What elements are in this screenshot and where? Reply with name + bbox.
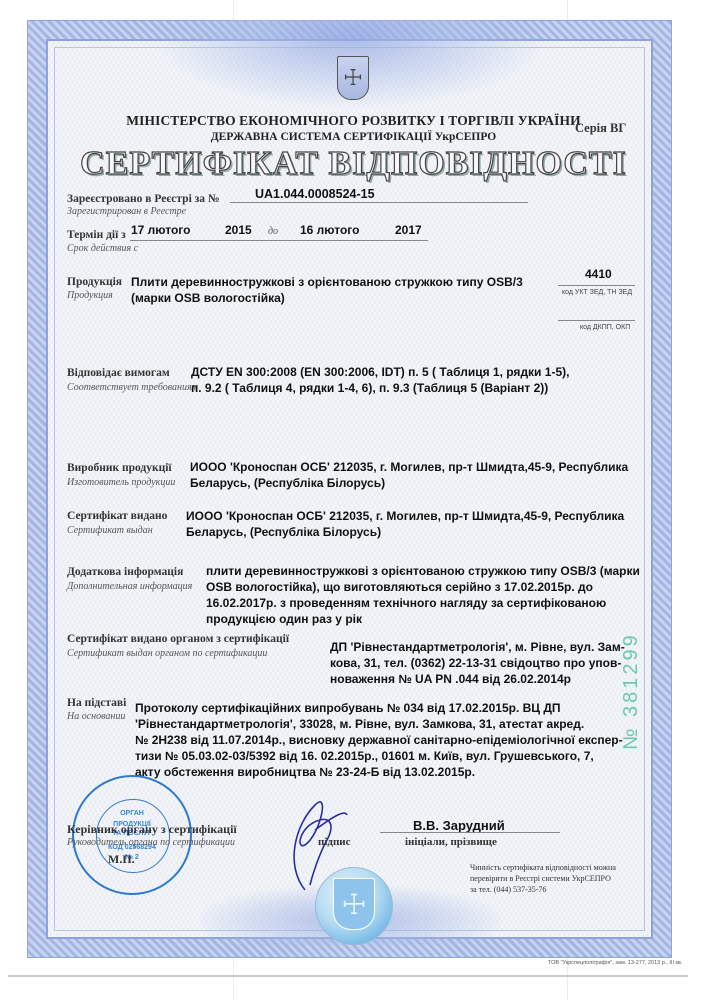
additional-line-3: 16.02.2017р. з проведенням технічного на…	[206, 595, 606, 611]
trident-icon: ☩	[337, 56, 369, 100]
validity-label-ru: Срок действия с	[67, 243, 138, 254]
issued-to-label: Сертифікат видано	[67, 510, 167, 522]
code-dkpp-label: код ДКПП, ОКП	[580, 324, 630, 331]
additional-label-ru: Дополнительная информация	[67, 581, 192, 592]
conformity-line-2: п. 9.2 ( Таблиця 4, рядки 1-4, 6), п. 9.…	[191, 380, 548, 396]
series-label: Серія ВГ	[575, 121, 626, 136]
additional-line-4: продукцією один раз у рік	[206, 611, 362, 627]
additional-line-1: плити деревинностружкові з орієнтованою …	[206, 563, 640, 579]
trident-icon: ☩	[333, 878, 375, 930]
serial-number: № 381299	[620, 632, 643, 750]
conformity-line-1: ДСТУ EN 300:2008 (EN 300:2006, IDT) п. 5…	[191, 364, 569, 380]
printer-note: ТОВ "Укрспецполіграфія", зам. 13-277, 20…	[548, 960, 682, 966]
valid-from-date: 17 лютого	[131, 222, 190, 238]
valid-from-year: 2015	[225, 222, 252, 238]
code-uktzed: 4410	[585, 266, 612, 282]
conformity-label: Відповідає вимогам	[67, 367, 170, 379]
code-uktzed-label: код УКТ ЗЕД, ТН ЗЕД	[562, 289, 632, 296]
registration-label-ru: Зарегистрирован в Реестре	[67, 206, 186, 217]
validity-label: Термін дії з	[67, 229, 126, 241]
issued-to-line-1: ИООО 'Кроноспан ОСБ' 212035, г. Могилев,…	[186, 508, 624, 524]
issued-to-line-2: Беларусь, (Республіка Білорусь)	[186, 524, 381, 540]
basis-label: На підставі	[67, 697, 126, 709]
product-label-ru: Продукция	[67, 290, 113, 301]
manufacturer-label-ru: Изготовитель продукции	[67, 477, 175, 488]
issued-to-label-ru: Сертификат выдан	[67, 525, 153, 536]
basis-line-1: Протоколу сертифікаційних випробувань № …	[135, 700, 561, 716]
basis-line-2: 'Рівнестандартметрологія', 33028, м. Рів…	[135, 716, 584, 732]
verification-note-1: Чинність сертифіката відповідності можна	[470, 862, 616, 873]
additional-label: Додаткова інформація	[67, 566, 183, 578]
conformity-label-ru: Соответствует требованиям	[67, 382, 198, 393]
issuing-body-line-3: новаження № UA PN .044 від 26.02.2014р	[330, 671, 571, 687]
certificate-title: СЕРТИФІКАТ ВІДПОВІДНОСТІ	[0, 145, 707, 183]
registration-label: Зареєстровано в Реєстрі за №	[67, 193, 219, 205]
head-label-ru: Руководитель органа по сертификации	[67, 837, 235, 848]
verification-note-2: перевірити в Реєстрі системи УкрСЕПРО	[470, 873, 611, 884]
basis-line-5: акту обстеження виробництва № 23-24-Б ві…	[135, 764, 475, 780]
additional-line-2: OSB вологостійка), що виготовляються сер…	[206, 579, 593, 595]
issuing-body-label-ru: Сертификат выдан органом по сертификации	[67, 648, 267, 659]
basis-label-ru: На основании	[67, 711, 125, 722]
manufacturer-line-2: Беларусь, (Республіка Білорусь)	[190, 475, 385, 491]
hologram-seal: ☩	[315, 867, 393, 945]
valid-to-date: 16 лютого	[300, 222, 359, 238]
validity-to-label: до	[268, 226, 278, 237]
issuing-body-line-1: ДП 'Рівнестандартметрологія', м. Рівне, …	[330, 639, 625, 655]
product-line-2: (марки OSB вологостійка)	[131, 290, 285, 306]
issuing-body-label: Сертифікат видано органом з сертифікації	[67, 633, 289, 645]
product-line-1: Плити деревинностружкові з орієнтованою …	[131, 274, 523, 290]
valid-to-year: 2017	[395, 222, 422, 238]
issuing-body-line-2: кова, 31, тел. (0362) 22-13-31 свідоцтво…	[330, 655, 621, 671]
stamp-place-label: М.П.	[108, 852, 135, 867]
name-label: ініціали, прізвище	[405, 836, 497, 848]
basis-line-3: № 2Н238 від 11.07.2014р., висновку держа…	[135, 732, 623, 748]
manufacturer-line-1: ИООО 'Кроноспан ОСБ' 212035, г. Могилев,…	[190, 459, 628, 475]
registration-number: UA1.044.0008524-15	[255, 186, 375, 202]
manufacturer-label: Виробник продукції	[67, 462, 172, 474]
product-label: Продукція	[67, 276, 122, 288]
basis-line-4: тизи № 05.03.02-03/5392 від 16. 02.2015р…	[135, 748, 594, 764]
signature-label: підпис	[318, 836, 351, 848]
page-edge	[8, 975, 688, 977]
head-label: Керівник органу з сертифікації	[67, 822, 237, 837]
